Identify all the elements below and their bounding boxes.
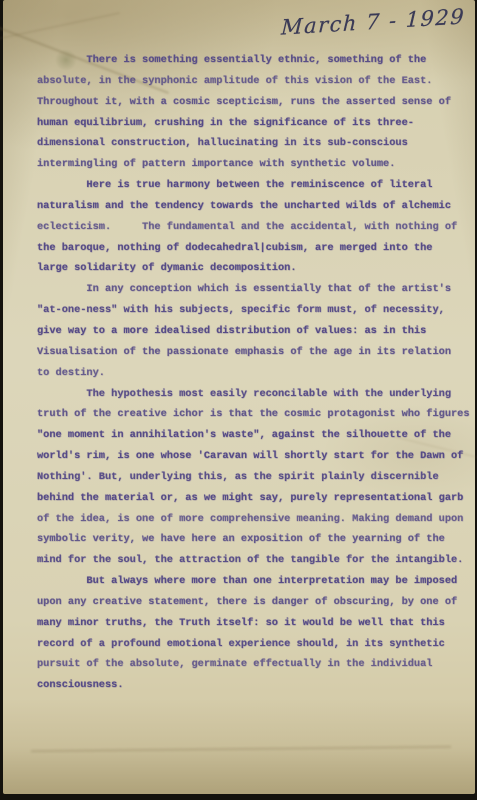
typed-line: large solidarity of dymanic decompositio…	[37, 258, 455, 279]
typed-line: upon any creative statement, there is da…	[37, 592, 455, 613]
typed-line: Nothing'. But, underlying this, as the s…	[37, 467, 455, 488]
handwritten-date: March 7 - 1929	[280, 4, 465, 39]
typed-line: absolute, in the synphonic amplitude of …	[37, 71, 455, 92]
paper-sheet: March 7 - 1929 There is something essent…	[3, 0, 475, 794]
typed-line: "at-one-ness" with his subjects, specifi…	[37, 300, 455, 321]
typed-line: Visualisation of the passionate emphasis…	[37, 342, 455, 363]
typed-line: truth of the creative ichor is that the …	[37, 404, 455, 425]
typed-line: intermingling of pattern importance with…	[37, 154, 455, 175]
paper-crease	[31, 746, 451, 752]
typed-line: But always where more than one interpret…	[37, 571, 455, 592]
typed-line: the baroque, nothing of dodecahedral|cub…	[37, 238, 455, 259]
typed-line: In any conception which is essentially t…	[37, 279, 455, 300]
typed-line: eclecticism. The fundamental and the acc…	[37, 217, 455, 238]
typed-line: symbolic verity, we have here an exposit…	[37, 529, 455, 550]
typescript-body: There is something essentially ethnic, s…	[37, 50, 455, 696]
typed-line: Here is true harmony between the reminis…	[37, 175, 455, 196]
typed-line: "one moment in annihilation's waste", ag…	[37, 425, 455, 446]
typed-line: record of a profound emotional experienc…	[37, 634, 455, 655]
typed-line: many minor truths, the Truth itself: so …	[37, 613, 455, 634]
typed-line: pursuit of the absolute, germinate effec…	[37, 654, 455, 675]
paper-crease	[0, 13, 120, 41]
typed-line: of the idea, is one of more comprehensiv…	[37, 509, 455, 530]
typed-line: dimensional construction, hallucinating …	[37, 133, 455, 154]
typed-line: There is something essentially ethnic, s…	[37, 50, 455, 71]
typed-line: naturalism and the tendency towards the …	[37, 196, 455, 217]
typed-line: to destiny.	[37, 363, 455, 384]
scanned-page-background: March 7 - 1929 There is something essent…	[0, 0, 477, 800]
typed-line: world's rim, is one whose 'Caravan will …	[37, 446, 455, 467]
typed-line: mind for the soul, the attraction of the…	[37, 550, 455, 571]
typed-line: The hypothesis most easily reconcilable …	[37, 384, 455, 405]
typed-line: behind the material or, as we might say,…	[37, 488, 455, 509]
typed-line: give way to a more idealised distributio…	[37, 321, 455, 342]
typed-line: Throughout it, with a cosmic scepticism,…	[37, 92, 455, 113]
typed-line: consciousness.	[37, 675, 455, 696]
typed-line: human equilibrium, crushing in the signi…	[37, 113, 455, 134]
